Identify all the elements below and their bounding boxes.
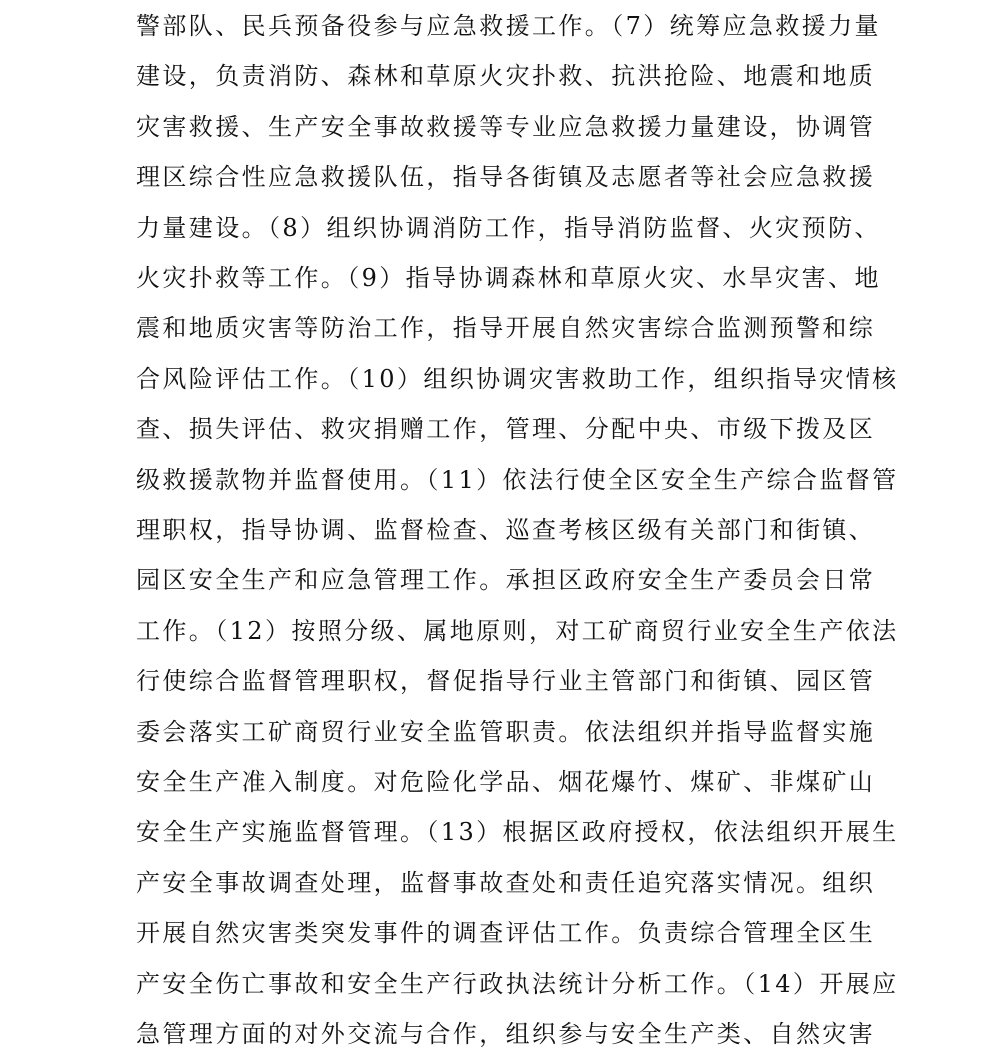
text-line-20: 产安全伤亡事故和安全生产行政执法统计分析工作。（14）开展应 (136, 959, 899, 1009)
text-line-15: 委会落实工矿商贸行业安全监管职责。依法组织并指导监督实施 (136, 707, 875, 757)
text-line-14: 行使综合监督管理职权，督促指导行业主管部门和街镇、园区管 (136, 656, 875, 706)
text-line-12: 园区安全生产和应急管理工作。承担区政府安全生产委员会日常 (136, 555, 875, 605)
text-line-8: 合风险评估工作。（10）组织协调灾害救助工作，组织指导灾情核 (136, 354, 899, 404)
text-line-17: 安全生产实施监督管理。（13）根据区政府授权，依法组织开展生 (136, 807, 899, 857)
text-line-7: 震和地质灾害等防治工作，指导开展自然灾害综合监测预警和综 (136, 303, 875, 353)
text-line-19: 开展自然灾害类突发事件的调查评估工作。负责综合管理全区生 (136, 908, 875, 958)
text-line-13: 工作。（12）按照分级、属地原则，对工矿商贸行业安全生产依法 (136, 606, 899, 656)
text-line-10: 级救援款物并监督使用。（11）依法行使全区安全生产综合监督管 (136, 455, 899, 505)
text-line-6: 火灾扑救等工作。（9）指导协调森林和草原火灾、水旱灾害、地 (136, 253, 881, 303)
text-line-4: 理区综合性应急救援队伍，指导各街镇及志愿者等社会应急救援 (136, 152, 875, 202)
text-line-1: 警部队、民兵预备役参与应急救援工作。（7）统筹应急救援力量 (136, 1, 881, 51)
text-line-16: 安全生产准入制度。对危险化学品、烟花爆竹、煤矿、非煤矿山 (136, 757, 875, 807)
text-line-11: 理职权，指导协调、监督检查、巡查考核区级有关部门和街镇、 (136, 505, 875, 555)
text-line-18: 产安全事故调查处理，监督事故查处和责任追究落实情况。组织 (136, 858, 875, 908)
text-line-9: 查、损失评估、救灾捐赠工作，管理、分配中央、市级下拨及区 (136, 404, 875, 454)
text-line-5: 力量建设。（8）组织协调消防工作，指导消防监督、火灾预防、 (136, 203, 881, 253)
text-line-2: 建设，负责消防、森林和草原火灾扑救、抗洪抢险、地震和地质 (136, 51, 875, 101)
text-line-3: 灾害救援、生产安全事故救援等专业应急救援力量建设，协调管 (136, 102, 875, 152)
text-line-21: 急管理方面的对外交流与合作，组织参与安全生产类、自然灾害 (136, 1009, 875, 1059)
